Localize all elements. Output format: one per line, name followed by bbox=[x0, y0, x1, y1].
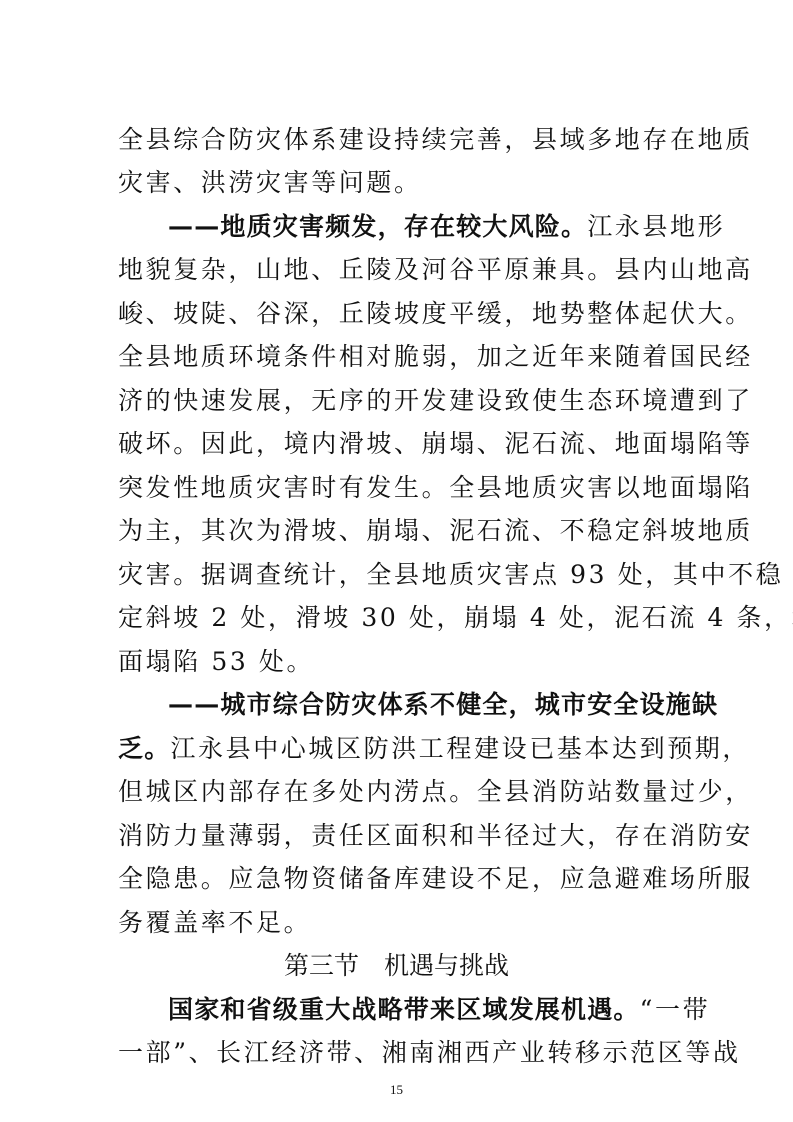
body-text-line: 面塌陷 53 处。 bbox=[118, 646, 678, 678]
body-text-line: 突发性地质灾害时有发生。全县地质灾害以地面塌陷 bbox=[118, 472, 678, 504]
paragraph-city-second-line: 乏。江永县中心城区防洪工程建设已基本达到预期， bbox=[118, 733, 678, 765]
body-text-line: 破坏。因此，境内滑坡、崩塌、泥石流、地面塌陷等 bbox=[118, 428, 678, 460]
body-text: 江永县地形 bbox=[587, 212, 725, 241]
body-text-line: 地貌复杂，山地、丘陵及河谷平原兼具。县内山地高 bbox=[118, 254, 678, 286]
body-text-line: 全县地质环境条件相对脆弱，加之近年来随着国民经 bbox=[118, 341, 678, 373]
body-text: “一带 bbox=[640, 995, 711, 1024]
body-text-line: 消防力量薄弱，责任区面积和半径过大，存在消防安 bbox=[118, 820, 678, 852]
body-text-line: 一部”、长江经济带、湘南湘西产业转移示范区等战 bbox=[118, 1037, 678, 1069]
body-text-line: 但城区内部存在多处内涝点。全县消防站数量过少， bbox=[118, 776, 678, 808]
paragraph-heading-city-safety: ——城市综合防灾体系不健全，城市安全设施缺 bbox=[168, 689, 678, 721]
document-page: 全县综合防灾体系建设持续完善，县域多地存在地质 灾害、洪涝灾害等问题。 ——地质… bbox=[0, 0, 793, 1122]
paragraph-opportunity-first-line: 国家和省级重大战略带来区域发展机遇。“一带 bbox=[168, 994, 678, 1026]
paragraph-heading-city-safety-end: 乏。 bbox=[118, 734, 170, 763]
body-text: 江永县中心城区防洪工程建设已基本达到预期， bbox=[170, 734, 750, 763]
paragraph-geo-hazard-first-line: ——地质灾害频发，存在较大风险。江永县地形 bbox=[168, 211, 678, 243]
paragraph-heading-geo-hazard: ——地质灾害频发，存在较大风险。 bbox=[168, 212, 587, 241]
body-text-line: 峻、坡陡、谷深，丘陵坡度平缓，地势整体起伏大。 bbox=[118, 298, 678, 330]
paragraph-heading-opportunity: 国家和省级重大战略带来区域发展机遇。 bbox=[168, 995, 640, 1024]
section-heading: 第三节 机遇与挑战 bbox=[0, 950, 793, 982]
body-text-line: 务覆盖率不足。 bbox=[118, 907, 678, 939]
body-text-line: 灾害、洪涝灾害等问题。 bbox=[118, 167, 678, 199]
body-text-line: 全隐患。应急物资储备库建设不足，应急避难场所服 bbox=[118, 863, 678, 895]
body-text-line: 济的快速发展，无序的开发建设致使生态环境遭到了 bbox=[118, 385, 678, 417]
body-text-line: 全县综合防灾体系建设持续完善，县域多地存在地质 bbox=[118, 124, 678, 156]
page-number: 15 bbox=[0, 1082, 793, 1098]
body-text-line: 为主，其次为滑坡、崩塌、泥石流、不稳定斜坡地质 bbox=[118, 515, 678, 547]
body-text-line: 灾害。据调查统计，全县地质灾害点 93 处，其中不稳 bbox=[118, 559, 678, 591]
body-text-line: 定斜坡 2 处，滑坡 30 处，崩塌 4 处，泥石流 4 条，地 bbox=[118, 602, 678, 634]
